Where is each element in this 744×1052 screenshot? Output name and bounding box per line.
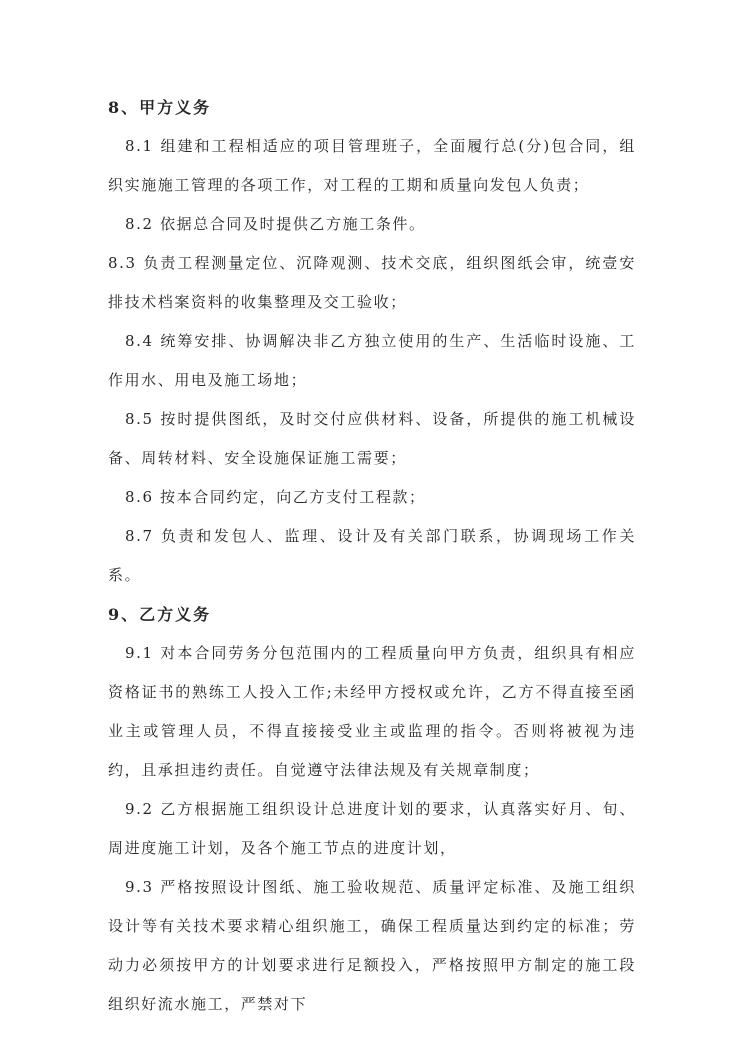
clause-9-2: 9.2 乙方根据施工组织设计总进度计划的要求，认真落实好月、旬、周进度施工计划，… <box>108 790 636 868</box>
clause-8-1: 8.1 组建和工程相适应的项目管理班子，全面履行总(分)包合同，组织实施施工管理… <box>108 127 636 205</box>
clause-8-2: 8.2 依据总合同及时提供乙方施工条件。 <box>108 205 636 244</box>
section-party-a-obligations: 8、甲方义务 8.1 组建和工程相适应的项目管理班子，全面履行总(分)包合同，组… <box>108 88 636 595</box>
document-page: 8、甲方义务 8.1 组建和工程相适应的项目管理班子，全面履行总(分)包合同，组… <box>0 0 744 1052</box>
clause-8-5: 8.5 按时提供图纸，及时交付应供材料、设备，所提供的施工机械设备、周转材料、安… <box>108 400 636 478</box>
clause-9-1: 9.1 对本合同劳务分包范围内的工程质量向甲方负责，组织具有相应资格证书的熟练工… <box>108 634 636 790</box>
text-column: 8、甲方义务 8.1 组建和工程相适应的项目管理班子，全面履行总(分)包合同，组… <box>108 88 636 1024</box>
clause-8-6: 8.6 按本合同约定，向乙方支付工程款； <box>108 478 636 517</box>
clause-8-3: 8.3 负责工程测量定位、沉降观测、技术交底，组织图纸会审，统壹安排技术档案资料… <box>108 244 636 322</box>
clause-9-3: 9.3 严格按照设计图纸、施工验收规范、质量评定标准、及施工组织设计等有关技术要… <box>108 868 636 1024</box>
section-party-b-obligations: 9、乙方义务 9.1 对本合同劳务分包范围内的工程质量向甲方负责，组织具有相应资… <box>108 595 636 1024</box>
clause-8-7: 8.7 负责和发包人、监理、设计及有关部门联系，协调现场工作关系。 <box>108 517 636 595</box>
heading-party-a-obligations: 8、甲方义务 <box>108 88 636 127</box>
heading-party-b-obligations: 9、乙方义务 <box>108 595 636 634</box>
clause-8-4: 8.4 统筹安排、协调解决非乙方独立使用的生产、生活临时设施、工作用水、用电及施… <box>108 322 636 400</box>
